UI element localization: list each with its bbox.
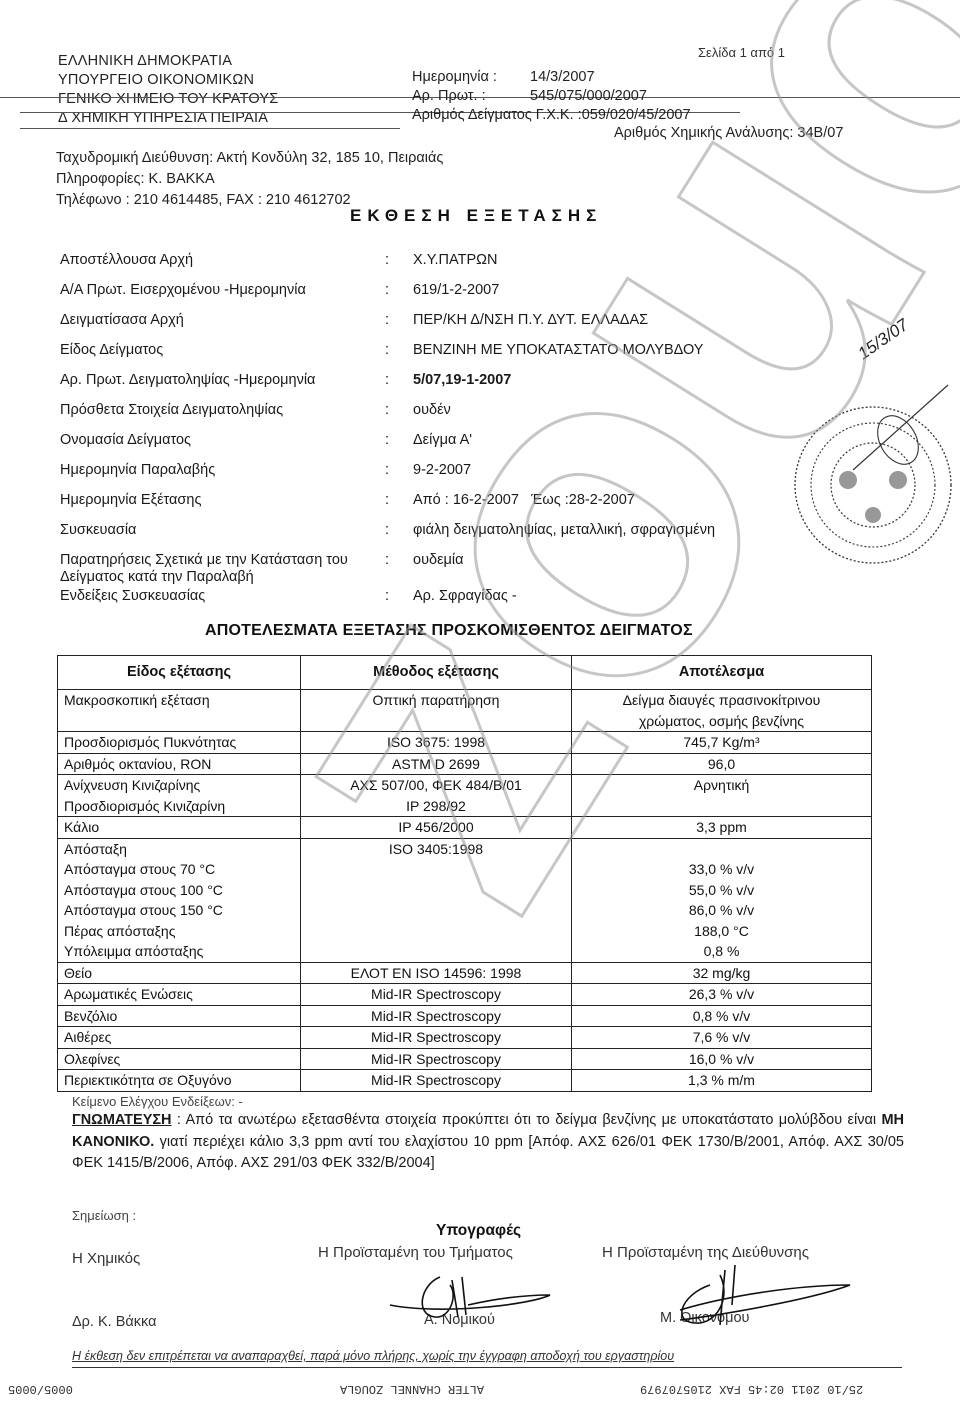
director-role: Η Προϊσταμένη της Διεύθυνσης [602,1244,809,1261]
method-cell: ISO 3675: 1998 [301,732,572,754]
info-label: Είδος Δείγματος [60,342,385,359]
test-cell: Αρωματικές Ενώσεις [58,984,301,1006]
method-cell: ISO 3405:1998 [301,838,572,962]
method-cell: ΑΧΣ 507/00, ΦΕΚ 484/Β/01IP 298/92 [301,775,572,817]
fax-sender: ALTER CHANNEL ZOUGLA [340,1382,484,1396]
method-cell: Οπτική παρατήρηση [301,690,572,732]
table-row: Προσδιορισμός ΠυκνότηταςISO 3675: 199874… [58,732,872,754]
info-row: Δειγματίσασα Αρχή:ΠΕΡ/ΚΗ Δ/ΝΣΗ Π.Υ. ΔΥΤ.… [60,312,780,342]
info-row: Ενδείξεις Συσκευασίας:Αρ. Σφραγίδας - [60,588,780,618]
divider [72,1367,902,1368]
info-value: Από : 16-2-2007 Έως :28-2-2007 [413,492,780,508]
protocol-value: 545/075/000/2007 [530,88,647,104]
disclaimer: Η έκθεση δεν επιτρέπεται να αναπαραχθεί,… [72,1349,674,1363]
info-row: Παρατηρήσεις Σχετικά με την Κατάσταση το… [60,552,780,588]
result-cell: 3,3 ppm [572,817,872,839]
results-title: ΑΠΟΤΕΛΕΣΜΑΤΑ ΕΞΕΤΑΣΗΣ ΠΡΟΣΚΟΜΙΣΘΕΝΤΟΣ ΔΕ… [205,622,693,640]
info-value: Δείγμα Α' [413,432,780,448]
sample-info-list: Αποστέλλουσα Αρχή:Χ.Υ.ΠΑΤΡΩΝ Α/Α Πρωτ. Ε… [60,252,780,618]
conclusion-paragraph: ΓΝΩΜΑΤΕΥΣΗ : Από τα ανωτέρω εξετασθέντα … [72,1110,904,1175]
method-cell: Mid-IR Spectroscopy [301,1027,572,1049]
result-cell: 1,3 % m/m [572,1070,872,1092]
column-header: Είδος εξέτασης [58,656,301,690]
test-cell: ΑπόσταξηΑπόσταγμα στους 70 °CΑπόσταγμα σ… [58,838,301,962]
chemist-role: Η Χημικός [72,1250,140,1267]
info-label: Αποστέλλουσα Αρχή [60,252,385,269]
method-cell: IP 456/2000 [301,817,572,839]
page-indicator: Σελίδα 1 από 1 [698,45,785,60]
result-cell: Αρνητική [572,775,872,817]
fax-timestamp: 25/10 2011 02:45 FAX 2105707979 [640,1382,863,1396]
result-cell: 33,0 % v/v55,0 % v/v86,0 % v/v188,0 °C0,… [572,838,872,962]
test-cell: Ολεφίνες [58,1048,301,1070]
postal-address: Ταχυδρομική Διεύθυνση: Ακτή Κονδύλη 32, … [56,148,443,169]
info-label: Ονομασία Δείγματος [60,432,385,449]
info-label: Πρόσθετα Στοιχεία Δειγματοληψίας [60,402,385,419]
column-header: Αποτέλεσμα [572,656,872,690]
section-head-role: Η Προϊσταμένη του Τμήματος [318,1244,513,1261]
info-row: Αποστέλλουσα Αρχή:Χ.Υ.ΠΑΤΡΩΝ [60,252,780,282]
test-cell: Προσδιορισμός Πυκνότητας [58,732,301,754]
protocol-label: Αρ. Πρωτ. : [412,87,530,106]
table-row: ΑιθέρεςMid-IR Spectroscopy7,6 % v/v [58,1027,872,1049]
conclusion-text: : Από τα ανωτέρω εξετασθέντα στοιχεία πρ… [172,1112,882,1128]
info-label: Ημερομηνία Παραλαβής [60,462,385,479]
info-value: Αρ. Σφραγίδας - [413,588,780,604]
info-row: Συσκευασία:φιάλη δειγματοληψίας, μεταλλι… [60,522,780,552]
chemist-name: Δρ. Κ. Βάκκα [72,1314,156,1330]
info-value: Χ.Υ.ΠΑΤΡΩΝ [413,252,780,268]
test-cell: Θείο [58,962,301,984]
result-cell: 745,7 Kg/m³ [572,732,872,754]
contact-block: Ταχυδρομική Διεύθυνση: Ακτή Κονδύλη 32, … [56,148,443,211]
info-value: ουδεμία [413,552,780,568]
method-cell: Mid-IR Spectroscopy [301,1048,572,1070]
info-value: ΒΕΝΖΙΝΗ ΜΕ ΥΠΟΚΑΤΑΣΤΑΤΟ ΜΟΛΥΒΔΟΥ [413,342,780,358]
info-row: Πρόσθετα Στοιχεία Δειγματοληψίας:ουδέν [60,402,780,432]
svg-text:15/3/07: 15/3/07 [854,315,912,363]
test-cell: Περιεκτικότητα σε Οξυγόνο [58,1070,301,1092]
info-label: Α/Α Πρωτ. Εισερχομένου -Ημερομηνία [60,282,385,299]
test-cell: Κάλιο [58,817,301,839]
info-value: ΠΕΡ/ΚΗ Δ/ΝΣΗ Π.Υ. ΔΥΤ. ΕΛΛΑΔΑΣ [413,312,780,328]
info-value: 619/1-2-2007 [413,282,780,298]
conclusion-heading: ΓΝΩΜΑΤΕΥΣΗ [72,1112,172,1128]
table-row: Περιεκτικότητα σε ΟξυγόνοMid-IR Spectros… [58,1070,872,1092]
fax-scan-line [20,128,400,129]
info-value: 9-2-2007 [413,462,780,478]
results-table: Είδος εξέτασης Μέθοδος εξέτασης Αποτέλεσ… [57,655,872,1092]
org-line: ΥΠΟΥΡΓΕΙΟ ΟΙΚΟΝΟΜΙΚΩΝ [58,71,278,90]
method-cell: Mid-IR Spectroscopy [301,1070,572,1092]
method-cell: ASTM D 2699 [301,753,572,775]
table-row: Αρωματικές ΕνώσειςMid-IR Spectroscopy26,… [58,984,872,1006]
analysis-number-label: Αριθμός Χημικής Ανάλυσης: [614,125,793,141]
info-row: Ημερομηνία Εξέτασης:Από : 16-2-2007 Έως … [60,492,780,522]
info-value: φιάλη δειγματοληψίας, μεταλλική, σφραγισ… [413,522,780,538]
sample-number-label: Αριθμός Δείγματος Γ.Χ.Κ. : [412,107,582,123]
test-cell: Αιθέρες [58,1027,301,1049]
official-stamp-icon: 15/3/07 [768,290,958,590]
table-row: ΑπόσταξηΑπόσταγμα στους 70 °CΑπόσταγμα σ… [58,838,872,962]
table-row: Αριθμός οκτανίου, RONASTM D 269996,0 [58,753,872,775]
table-row: Ανίχνευση ΚινιζαρίνηςΠροσδιορισμός Κινιζ… [58,775,872,817]
info-label: Δειγματίσασα Αρχή [60,312,385,329]
info-row: Αρ. Πρωτ. Δειγματοληψίας -Ημερομηνία:5/0… [60,372,780,402]
remark-label: Σημείωση : [72,1208,136,1223]
contact-person: Πληροφορίες: Κ. ΒΑΚΚΑ [56,169,443,190]
info-label: Συσκευασία [60,522,385,539]
fax-pages: 0005/0005 [8,1382,73,1396]
signatures-title: Υπογραφές [436,1222,521,1240]
info-value: 5/07,19-1-2007 [413,372,780,388]
date-label: Ημερομηνία : [412,68,530,87]
table-header-row: Είδος εξέτασης Μέθοδος εξέτασης Αποτέλεσ… [58,656,872,690]
table-row: ΚάλιοIP 456/20003,3 ppm [58,817,872,839]
org-line: ΓΕΝΙΚΟ ΧΗΜΕΙΟ ΤΟΥ ΚΡΑΤΟΥΣ [58,90,278,109]
control-text: Κείμενο Ελέγχου Ενδείξεων: - [72,1094,243,1109]
test-cell: Αριθμός οκτανίου, RON [58,753,301,775]
table-row: ΟλεφίνεςMid-IR Spectroscopy16,0 % v/v [58,1048,872,1070]
result-cell: 7,6 % v/v [572,1027,872,1049]
result-cell: 32 mg/kg [572,962,872,984]
table-row: ΘείοΕΛΟΤ ΕΝ ISO 14596: 199832 mg/kg [58,962,872,984]
result-cell: 96,0 [572,753,872,775]
column-header: Μέθοδος εξέτασης [301,656,572,690]
info-label: Αρ. Πρωτ. Δειγματοληψίας -Ημερομηνία [60,372,385,389]
document-meta: Ημερομηνία :14/3/2007 Αρ. Πρωτ. :545/075… [412,68,691,125]
organization-block: ΕΛΛΗΝΙΚΗ ΔΗΜΟΚΡΑΤΙΑ ΥΠΟΥΡΓΕΙΟ ΟΙΚΟΝΟΜΙΚΩ… [58,52,278,128]
method-cell: ΕΛΟΤ ΕΝ ISO 14596: 1998 [301,962,572,984]
result-cell: Δείγμα διαυγές πρασινοκίτρινουχρώματος, … [572,690,872,732]
analysis-number: Αριθμός Χημικής Ανάλυσης: 34Β/07 [614,125,843,141]
table-row: ΒενζόλιοMid-IR Spectroscopy0,8 % v/v [58,1005,872,1027]
info-row: Είδος Δείγματος:ΒΕΝΖΙΝΗ ΜΕ ΥΠΟΚΑΤΑΣΤΑΤΟ … [60,342,780,372]
result-cell: 16,0 % v/v [572,1048,872,1070]
conclusion-text-after: γιατί περιέχει κάλιο 3,3 ppm αντί του ελ… [72,1134,904,1172]
result-cell: 0,8 % v/v [572,1005,872,1027]
result-cell: 26,3 % v/v [572,984,872,1006]
test-cell: Μακροσκοπική εξέταση [58,690,301,732]
handwritten-signatures-icon [380,1265,900,1335]
method-cell: Mid-IR Spectroscopy [301,984,572,1006]
sample-number-value: 059/020/45/2007 [582,107,691,123]
test-cell: Ανίχνευση ΚινιζαρίνηςΠροσδιορισμός Κινιζ… [58,775,301,817]
info-label: Ημερομηνία Εξέτασης [60,492,385,509]
table-row: Μακροσκοπική εξέτασηΟπτική παρατήρησηΔεί… [58,690,872,732]
info-label: Ενδείξεις Συσκευασίας [60,588,385,605]
org-line: ΕΛΛΗΝΙΚΗ ΔΗΜΟΚΡΑΤΙΑ [58,52,278,71]
method-cell: Mid-IR Spectroscopy [301,1005,572,1027]
info-row: Ημερομηνία Παραλαβής:9-2-2007 [60,462,780,492]
info-row: Ονομασία Δείγματος:Δείγμα Α' [60,432,780,462]
info-value: ουδέν [413,402,780,418]
report-title: ΕΚΘΕΣΗ ΕΞΕΤΑΣΗΣ [350,206,602,226]
info-label: Παρατηρήσεις Σχετικά με την Κατάσταση το… [60,552,385,586]
test-cell: Βενζόλιο [58,1005,301,1027]
analysis-number-value: 34Β/07 [797,125,843,141]
info-row: Α/Α Πρωτ. Εισερχομένου -Ημερομηνία:619/1… [60,282,780,312]
date-value: 14/3/2007 [530,69,595,85]
